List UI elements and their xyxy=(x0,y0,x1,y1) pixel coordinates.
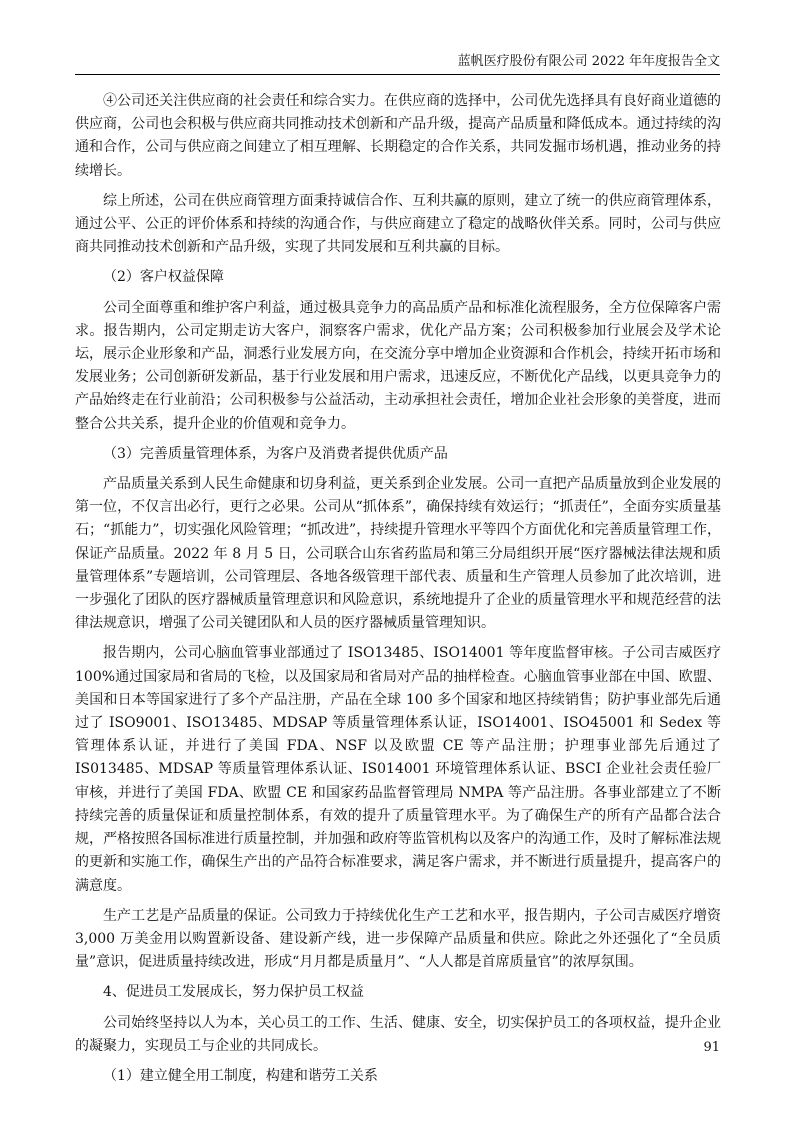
section-heading-quality-system: （3）完善质量管理体系，为客户及消费者提供优质产品 xyxy=(75,443,721,466)
paragraph-customer-rights: 公司全面尊重和维护客户利益，通过极具竞争力的高品质产品和标准化流程服务，全方位保… xyxy=(75,297,721,436)
header-title: 蓝帆医疗股份有限公司 2022 年年度报告全文 xyxy=(458,54,720,69)
page-number: 91 xyxy=(0,1040,720,1055)
paragraph-production-process: 生产工艺是产品质量的保证。公司致力于持续优化生产工艺和水平，报告期内，子公司吉威… xyxy=(75,905,721,975)
section-heading-labor-relations: （1）建立健全用工制度，构建和谐劳工关系 xyxy=(75,1065,721,1088)
paragraph-certifications: 报告期内，公司心脑血管事业部通过了 ISO13485、ISO14001 等年度监… xyxy=(75,642,721,897)
section-heading-employee-development: 4、促进员工发展成长，努力保护员工权益 xyxy=(75,981,721,1004)
document-body: ④公司还关注供应商的社会责任和综合实力。在供应商的选择中，公司优先选择具有良好商… xyxy=(75,90,721,1095)
paragraph-product-quality: 产品质量关系到人民生命健康和切身利益，更关系到企业发展。公司一直把产品质量放到企… xyxy=(75,473,721,635)
paragraph-supplier-responsibility: ④公司还关注供应商的社会责任和综合实力。在供应商的选择中，公司优先选择具有良好商… xyxy=(75,90,721,183)
section-heading-customer-rights: （2）客户权益保障 xyxy=(75,266,721,289)
paragraph-supplier-summary: 综上所述，公司在供应商管理方面秉持诚信合作、互利共赢的原则，建立了统一的供应商管… xyxy=(75,190,721,260)
page-header: 蓝帆医疗股份有限公司 2022 年年度报告全文 xyxy=(75,53,720,75)
